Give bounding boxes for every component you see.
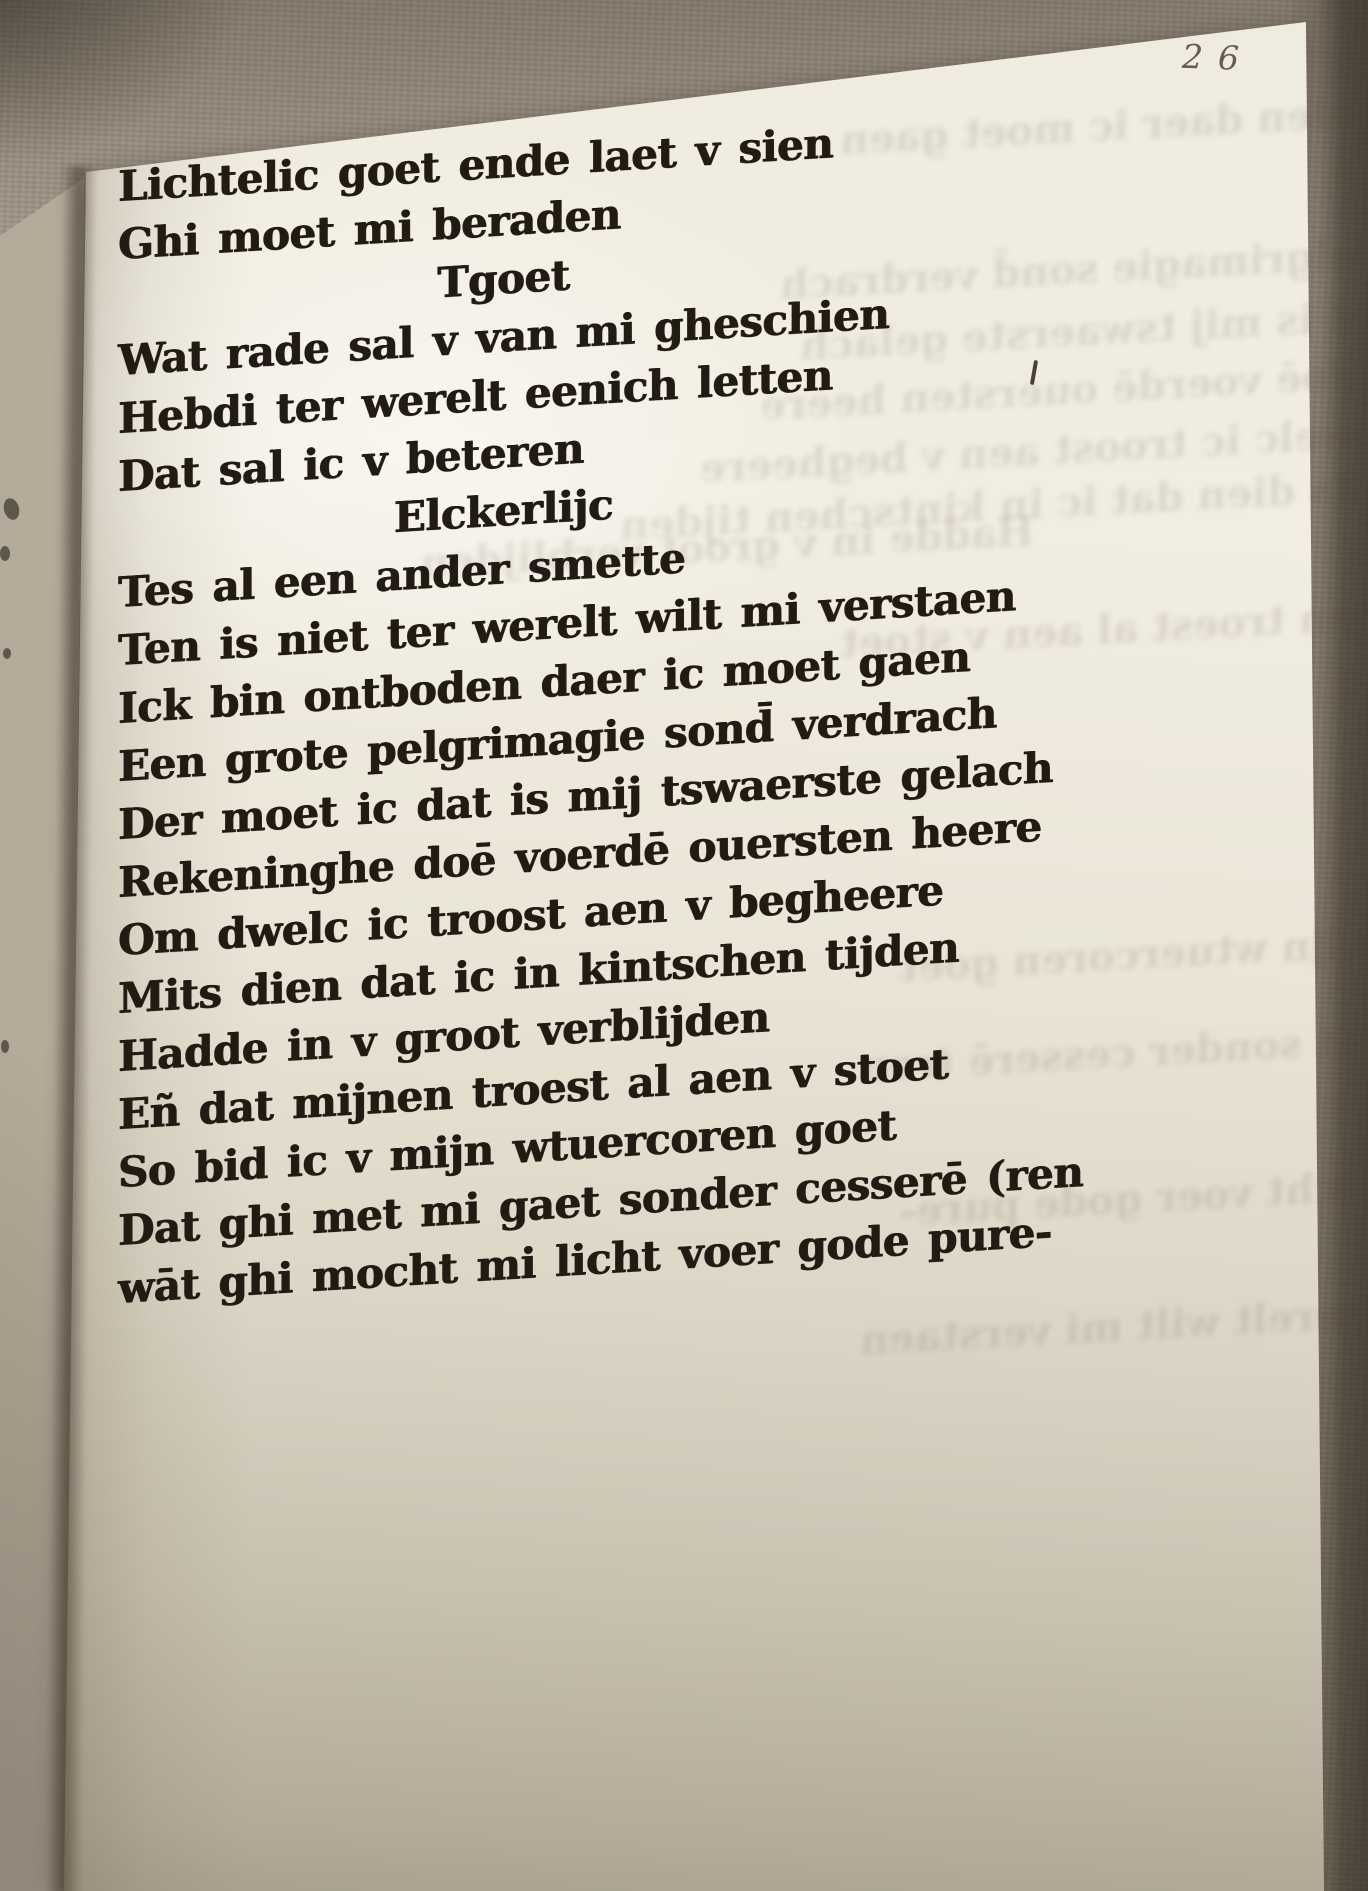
folio-number: 26 [1181,37,1254,78]
photo-background: Ick bin ontboden daer ic moet gaen Een g… [0,0,1368,1891]
text-block: Lichtelic goet ende laet v sienGhi moet … [118,101,1058,1318]
ink-speck [0,546,10,561]
ink-speck [3,648,11,659]
ink-speck [1,1040,9,1053]
